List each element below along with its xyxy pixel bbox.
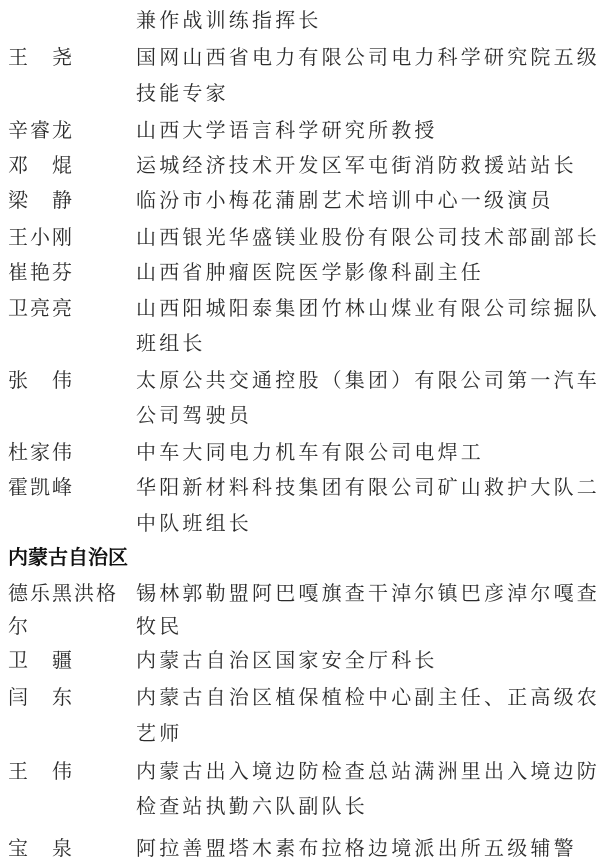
person-title: 山西省肿瘤医院医学影像科副主任: [136, 254, 596, 290]
person-title: 山西银光华盛镁业股份有限公司技术部副部长: [136, 219, 596, 255]
person-name: 宝 泉: [8, 830, 133, 865]
list-line: 王 伟 内蒙古出入境边防检查总站满洲里出入境边防: [0, 753, 600, 789]
list-line: 卫 疆 内蒙古自治区国家安全厅科长: [0, 642, 600, 678]
person-name: 张 伟: [8, 362, 133, 398]
person-title: 临汾市小梅花蒲剧艺术培训中心一级演员: [136, 182, 596, 218]
person-name: 王 伟: [8, 753, 133, 789]
list-line: 中队班组长: [0, 505, 600, 541]
list-line: 卫亮亮 山西阳城阳泰集团竹林山煤业有限公司综掘队: [0, 290, 600, 326]
person-title: 华阳新材料科技集团有限公司矿山救护大队二: [136, 469, 596, 505]
person-title: 运城经济技术开发区军屯街消防救援站站长: [136, 147, 596, 183]
person-title: 牧民: [136, 608, 596, 644]
list-line: 王小刚 山西银光华盛镁业股份有限公司技术部副部长: [0, 219, 600, 255]
list-line: 检查站执勤六队副队长: [0, 788, 600, 824]
person-title: 公司驾驶员: [136, 397, 596, 433]
list-line: 张 伟 太原公共交通控股（集团）有限公司第一汽车分: [0, 362, 600, 398]
list-line: 技能专家: [0, 75, 600, 111]
list-line: 崔艳芬 山西省肿瘤医院医学影像科副主任: [0, 254, 600, 290]
person-name: 尔: [8, 608, 133, 644]
list-line: 尔 牧民: [0, 608, 600, 644]
person-name: 德乐黑洪格: [8, 575, 133, 611]
list-line: 德乐黑洪格 锡林郭勒盟阿巴嘎旗查干淖尔镇巴彦淖尔嘎查: [0, 575, 600, 611]
person-title: 山西大学语言科学研究所教授: [136, 112, 596, 148]
person-title: 技能专家: [136, 75, 596, 111]
person-title: 检查站执勤六队副队长: [136, 788, 596, 824]
person-name: 王小刚: [8, 219, 133, 255]
person-title: 兼作战训练指挥长: [136, 2, 596, 38]
list-line: 公司驾驶员: [0, 397, 600, 433]
list-line: 梁 静 临汾市小梅花蒲剧艺术培训中心一级演员: [0, 182, 600, 218]
person-name: 梁 静: [8, 182, 133, 218]
list-line: 辛睿龙 山西大学语言科学研究所教授: [0, 112, 600, 148]
person-title: 中车大同电力机车有限公司电焊工: [136, 434, 596, 470]
person-title: 内蒙古自治区国家安全厅科长: [136, 642, 596, 678]
list-line: 闫 东 内蒙古自治区植保植检中心副主任、正高级农: [0, 679, 600, 715]
person-name: 王 尧: [8, 39, 133, 75]
person-name: 辛睿龙: [8, 112, 133, 148]
person-title: 国网山西省电力有限公司电力科学研究院五级: [136, 39, 596, 75]
list-line: 邓 焜 运城经济技术开发区军屯街消防救援站站长: [0, 147, 600, 183]
person-name: 霍凯峰: [8, 469, 133, 505]
list-line: 兼作战训练指挥长: [0, 2, 600, 38]
person-name: 卫 疆: [8, 642, 133, 678]
person-title: 内蒙古自治区植保植检中心副主任、正高级农: [136, 679, 596, 715]
person-title: 中队班组长: [136, 505, 596, 541]
person-name: 闫 东: [8, 679, 133, 715]
list-line: 霍凯峰 华阳新材料科技集团有限公司矿山救护大队二: [0, 469, 600, 505]
person-name: 邓 焜: [8, 147, 133, 183]
list-line: 王 尧 国网山西省电力有限公司电力科学研究院五级: [0, 39, 600, 75]
list-line: 班组长: [0, 325, 600, 361]
section-header-inner-mongolia: 内蒙古自治区: [8, 539, 408, 575]
person-title: 阿拉善盟塔木素布拉格边境派出所五级辅警: [136, 830, 596, 865]
list-line: 宝 泉 阿拉善盟塔木素布拉格边境派出所五级辅警: [0, 830, 600, 865]
list-line: 艺师: [0, 715, 600, 751]
person-name: 卫亮亮: [8, 290, 133, 326]
person-title: 班组长: [136, 325, 596, 361]
person-title: 锡林郭勒盟阿巴嘎旗查干淖尔镇巴彦淖尔嘎查: [136, 575, 596, 611]
person-title: 艺师: [136, 715, 596, 751]
person-name: 杜家伟: [8, 434, 133, 470]
list-line: 杜家伟 中车大同电力机车有限公司电焊工: [0, 434, 600, 470]
person-name: 崔艳芬: [8, 254, 133, 290]
person-title: 内蒙古出入境边防检查总站满洲里出入境边防: [136, 753, 596, 789]
person-title: 山西阳城阳泰集团竹林山煤业有限公司综掘队: [136, 290, 596, 326]
person-title: 太原公共交通控股（集团）有限公司第一汽车分: [136, 362, 596, 398]
